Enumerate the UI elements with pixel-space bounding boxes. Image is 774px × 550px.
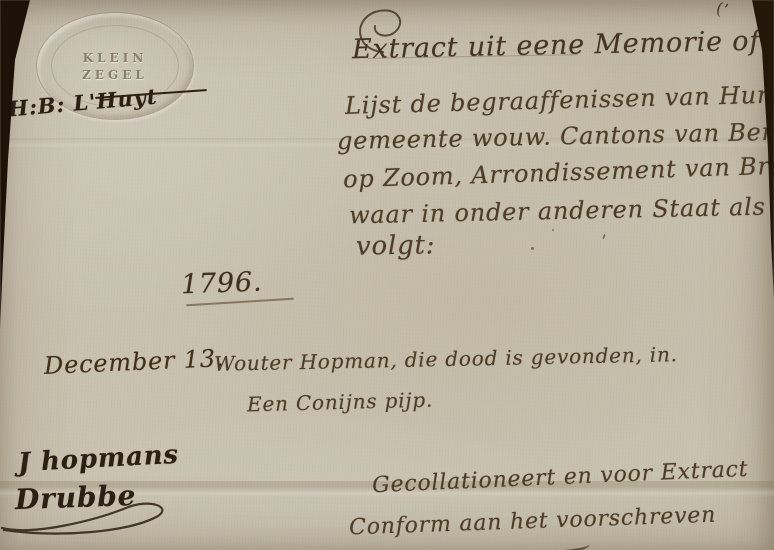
- heading-line-5: waar in onder anderen Staat als: [349, 193, 766, 230]
- ink-speck: [602, 234, 606, 239]
- heading-line-3: gemeente wouw. Cantons van Bergen: [337, 117, 774, 155]
- attestation-line-2: Conform aan het voorschreven: [349, 503, 717, 541]
- cut-off-writing-stroke: [556, 540, 591, 550]
- heading-line-2: Lijst de begraaffenissen van Hurel: [345, 80, 774, 120]
- signature-flourish: [0, 496, 190, 542]
- seal-text-line2: ZEGEL: [82, 68, 148, 82]
- heading-line-4: op Zoom, Arrondissement van Breda: [343, 151, 774, 194]
- entry-text-line-2: Een Conijns pijp.: [247, 388, 434, 417]
- year-value: 1796.: [180, 267, 262, 301]
- heading-line-6: volgt:: [356, 230, 436, 261]
- torn-edge-left: [0, 0, 34, 340]
- seal-text-line1: KLEIN: [83, 51, 148, 65]
- ink-speck: [531, 247, 534, 250]
- entry-date: December 13.: [43, 344, 224, 380]
- document-scan: KLEIN ZEGEL H:B: L'Huyt Extract uit eene…: [0, 0, 774, 550]
- entry-text-line-1: Wouter Hopman, die dood is gevonden, in.: [214, 342, 678, 376]
- ink-mark-top-right: (’: [714, 0, 731, 21]
- signature-j-hopmans: J hopmans: [17, 440, 179, 478]
- ink-speck: [552, 229, 554, 231]
